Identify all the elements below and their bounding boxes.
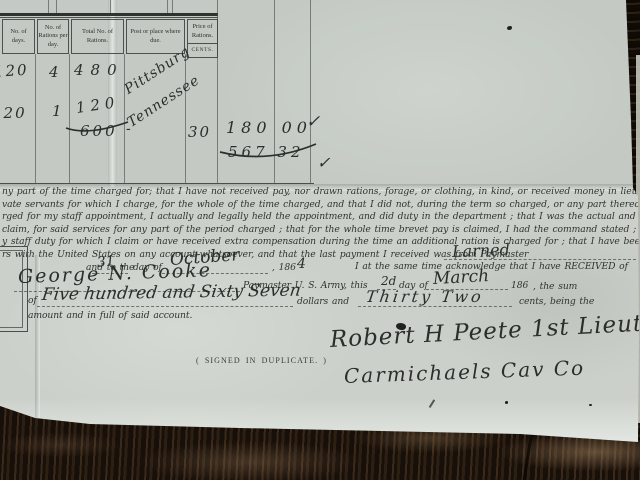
the-sum-text: , the sum (533, 281, 577, 292)
blank-line (444, 258, 636, 260)
received-day-script: 2d (381, 274, 396, 288)
entry-row2-days: 120 (0, 104, 27, 122)
blank-line (358, 305, 512, 307)
col-header-total-rations: Total No. of Rations. (71, 19, 124, 54)
affidavit-line3: rged for my staff appointment, I actuall… (2, 211, 640, 222)
col-header-post-label: Post or place where due. (127, 28, 184, 45)
table-line (69, 54, 70, 183)
photo-of-army-voucher: { "colors": { "paper": "#cbd1ca", "ink":… (0, 0, 640, 480)
signed-in-duplicate-note: ( SIGNED IN DUPLICATE. ) (196, 356, 327, 365)
received-month-script: March (432, 266, 489, 289)
check-mark-bottom: ✓ (317, 153, 330, 172)
entry-price-cents: 30 (188, 123, 211, 141)
closing-line: amount and in full of said account. (28, 310, 192, 321)
col-header-days: No. of days. (2, 19, 35, 54)
table-line (310, 0, 311, 183)
dollars-and-text: dollars and (297, 296, 349, 307)
table-line (48, 0, 49, 13)
table-double-rule (0, 13, 218, 16)
col-header-price: Price of Rations. (187, 19, 218, 44)
col-header-rations-per-day-label: No. of Rations per day. (38, 24, 68, 49)
cents-being-text: cents, being the (519, 296, 594, 307)
signature-line2: Carmichaels Cav Co (344, 356, 586, 388)
table-line (172, 0, 173, 13)
affidavit-line1: ny part of the time charged for; that I … (2, 186, 640, 197)
table-line (35, 54, 36, 183)
entry-total-sum: 600 (80, 122, 118, 140)
col-header-cents-label: CENTS. (191, 47, 213, 54)
entry-amount-bottom: 567 32 (228, 143, 305, 161)
ink-dot (589, 404, 592, 406)
left-panel-border-inner (0, 250, 23, 328)
date-year-printed: , 186 (272, 262, 296, 273)
table-line (185, 54, 186, 183)
received-year: 186 (511, 280, 528, 291)
blank-line (37, 305, 293, 307)
check-mark-top: ✓ (306, 112, 320, 132)
cents-script: Thirty Two (365, 287, 485, 306)
entry-place-dash: - (126, 121, 131, 137)
ink-dot (505, 401, 508, 404)
amount-of: of (28, 295, 37, 306)
entry-row1-days: 120 (0, 61, 29, 81)
col-header-total-rations-label: Total No. of Rations. (72, 28, 123, 45)
col-header-days-label: No. of days. (3, 28, 34, 45)
affidavit-line2: vate servants for which I charge, for th… (2, 199, 640, 210)
table-bottom-rule (0, 183, 314, 184)
table-line (56, 0, 57, 13)
dollars-script: Five hundred and Sixty Seven (41, 280, 302, 305)
col-header-price-label: Price of Rations. (188, 23, 217, 40)
table-line (110, 0, 111, 13)
entry-row1-per-day: 4 (49, 63, 59, 81)
affidavit-line4: claim, for said services for any part of… (2, 224, 640, 235)
year-digit-script: 4 (297, 256, 306, 272)
entry-row2-per-day: 1 (52, 102, 62, 120)
acknowledge-text: I at the same time acknowledge that I ha… (355, 261, 628, 272)
entry-row1-total: 480 (74, 61, 124, 79)
signature-line1: Robert H Peete 1st Lieut (329, 311, 640, 353)
voucher-document: No. of days. No. of Rations per day. Tot… (0, 0, 640, 480)
affidavit-line5: y staff duty for which I claim or have r… (2, 236, 640, 247)
table-line (167, 0, 168, 13)
table-line (217, 0, 218, 183)
col-header-rations-per-day: No. of Rations per day. (37, 19, 69, 54)
entry-amount-top: 180 00 (226, 118, 312, 137)
